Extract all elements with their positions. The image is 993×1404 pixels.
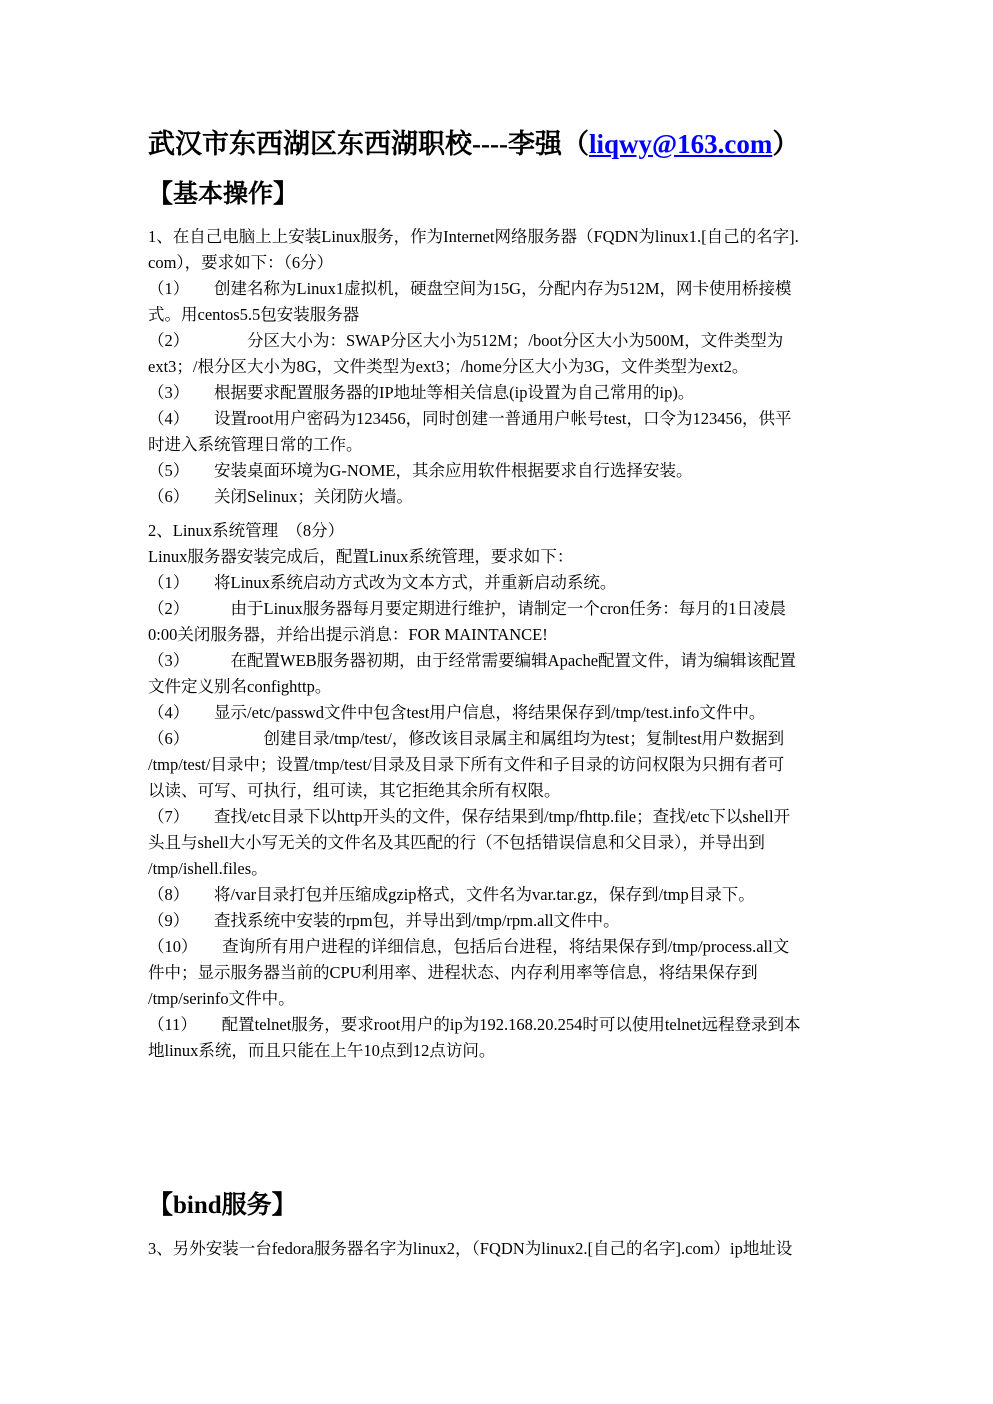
paragraph-task2-item3: （3） 在配置WEB服务器初期，由于经常需要编辑Apache配置文件，请为编辑该…	[148, 648, 890, 700]
title-text: 武汉市东西湖区东西湖职校----李强（	[148, 129, 589, 159]
paragraph-task1-intro: 1、在自己电脑上上安装Linux服务，作为Internet网络服务器（FQDN为…	[148, 224, 890, 276]
document-title: 武汉市东西湖区东西湖职校----李强（liqwy@163.com）	[148, 126, 890, 162]
section-bind-service-body: 3、另外安装一台fedora服务器名字为linux2，（FQDN为linux2.…	[148, 1236, 890, 1262]
title-suffix: ）	[772, 129, 799, 159]
email-link[interactable]: liqwy@163.com	[589, 129, 772, 159]
paragraph-task2-item1: （1） 将Linux系统启动方式改为文本方式，并重新启动系统。	[148, 570, 890, 596]
paragraph-task2-intro: Linux服务器安装完成后，配置Linux系统管理，要求如下：	[148, 544, 890, 570]
paragraph-task1-item4: （4） 设置root用户密码为123456，同时创建一普通用户帐号test，口令…	[148, 406, 890, 458]
section-heading-bind-service: 【bind服务】	[148, 1190, 890, 1222]
paragraph-task1-item5: （5） 安装桌面环境为G-NOME，其余应用软件根据要求自行选择安装。	[148, 458, 890, 484]
document-page: 武汉市东西湖区东西湖职校----李强（liqwy@163.com） 【基本操作】…	[148, 0, 890, 1262]
section-heading-basic-operations: 【基本操作】	[148, 179, 890, 211]
paragraph-task2-item11: （11） 配置telnet服务，要求root用户的ip为192.168.20.2…	[148, 1012, 890, 1064]
paragraph-task1-item6: （6） 关闭Selinux；关闭防火墙。	[148, 484, 890, 510]
section-basic-operations-body: 1、在自己电脑上上安装Linux服务，作为Internet网络服务器（FQDN为…	[148, 224, 890, 1064]
paragraph-task2-item2: （2） 由于Linux服务器每月要定期进行维护，请制定一个cron任务：每月的1…	[148, 596, 890, 648]
paragraph-task2-item8: （8） 将/var目录打包并压缩成gzip格式，文件名为var.tar.gz，保…	[148, 882, 890, 908]
paragraph-task1-item1: （1） 创建名称为Linux1虚拟机，硬盘空间为15G，分配内存为512M，网卡…	[148, 276, 890, 328]
paragraph-task2-item6: （6） 创建目录/tmp/test/，修改该目录属主和属组均为test；复制te…	[148, 726, 890, 804]
paragraph-task2-item7: （7） 查找/etc目录下以http开头的文件，保存结果到/tmp/fhttp.…	[148, 804, 890, 882]
paragraph-task2-item9: （9） 查找系统中安装的rpm包，并导出到/tmp/rpm.all文件中。	[148, 908, 890, 934]
paragraph-task1-item3: （3） 根据要求配置服务器的IP地址等相关信息(ip设置为自己常用的ip)。	[148, 380, 890, 406]
paragraph-task3-intro: 3、另外安装一台fedora服务器名字为linux2，（FQDN为linux2.…	[148, 1236, 890, 1262]
paragraph-task1-item2: （2） 分区大小为：SWAP分区大小为512M；/boot分区大小为500M，文…	[148, 328, 890, 380]
paragraph-task2-item4: （4） 显示/etc/passwd文件中包含test用户信息，将结果保存到/tm…	[148, 700, 890, 726]
paragraph-task2-item10: （10） 查询所有用户进程的详细信息，包括后台进程，将结果保存到/tmp/pro…	[148, 934, 890, 1012]
paragraph-task2-title: 2、Linux系统管理 （8分）	[148, 518, 890, 544]
